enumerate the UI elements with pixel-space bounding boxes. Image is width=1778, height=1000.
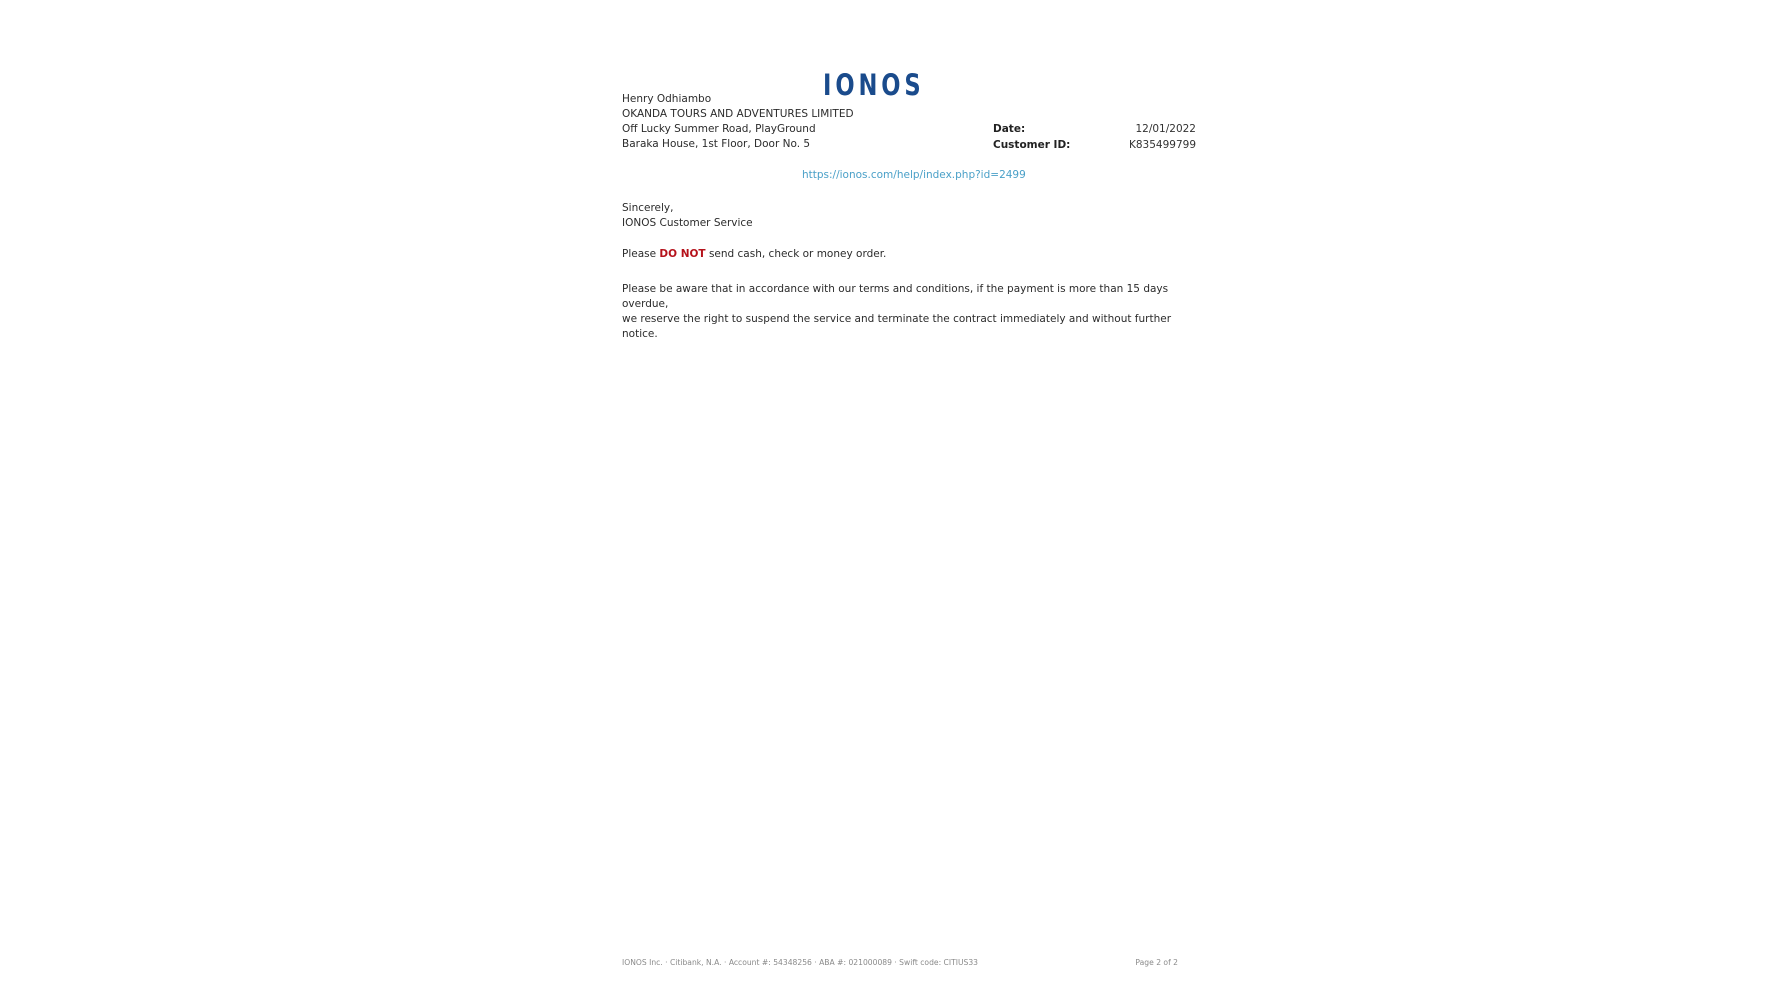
signoff-block: Sincerely, IONOS Customer Service	[622, 201, 753, 231]
warning-suffix: send cash, check or money order.	[706, 248, 887, 260]
recipient-address-line-1: Off Lucky Summer Road, PlayGround	[622, 122, 854, 137]
date-label: Date:	[993, 121, 1025, 137]
page-footer: IONOS Inc. · Citibank, N.A. · Account #:…	[622, 958, 1178, 967]
notice-line-1: Please be aware that in accordance with …	[622, 282, 1202, 312]
customer-id-row: Customer ID: K835499799	[993, 137, 1196, 153]
recipient-address-block: Henry Odhiambo OKANDA TOURS AND ADVENTUR…	[622, 92, 854, 152]
page-indicator: Page 2 of 2	[1135, 958, 1178, 967]
recipient-name: Henry Odhiambo	[622, 92, 854, 107]
customer-id-value: K835499799	[1129, 137, 1196, 153]
recipient-company: OKANDA TOURS AND ADVENTURES LIMITED	[622, 107, 854, 122]
document-meta: Date: 12/01/2022 Customer ID: K835499799	[993, 121, 1196, 153]
help-link[interactable]: https://ionos.com/help/index.php?id=2499	[802, 169, 1026, 181]
customer-id-label: Customer ID:	[993, 137, 1070, 153]
notice-line-2: we reserve the right to suspend the serv…	[622, 312, 1202, 342]
date-value: 12/01/2022	[1135, 121, 1196, 137]
warning-prefix: Please	[622, 248, 659, 260]
sender-name: IONOS Customer Service	[622, 216, 753, 231]
recipient-address-line-2: Baraka House, 1st Floor, Door No. 5	[622, 137, 854, 152]
payment-warning: Please DO NOT send cash, check or money …	[622, 248, 886, 260]
bank-info: IONOS Inc. · Citibank, N.A. · Account #:…	[622, 958, 978, 967]
warning-emphasis: DO NOT	[659, 248, 705, 260]
date-row: Date: 12/01/2022	[993, 121, 1196, 137]
closing-text: Sincerely,	[622, 201, 753, 216]
document-page: IONOS Henry Odhiambo OKANDA TOURS AND AD…	[0, 0, 1778, 1000]
overdue-notice: Please be aware that in accordance with …	[622, 282, 1202, 342]
